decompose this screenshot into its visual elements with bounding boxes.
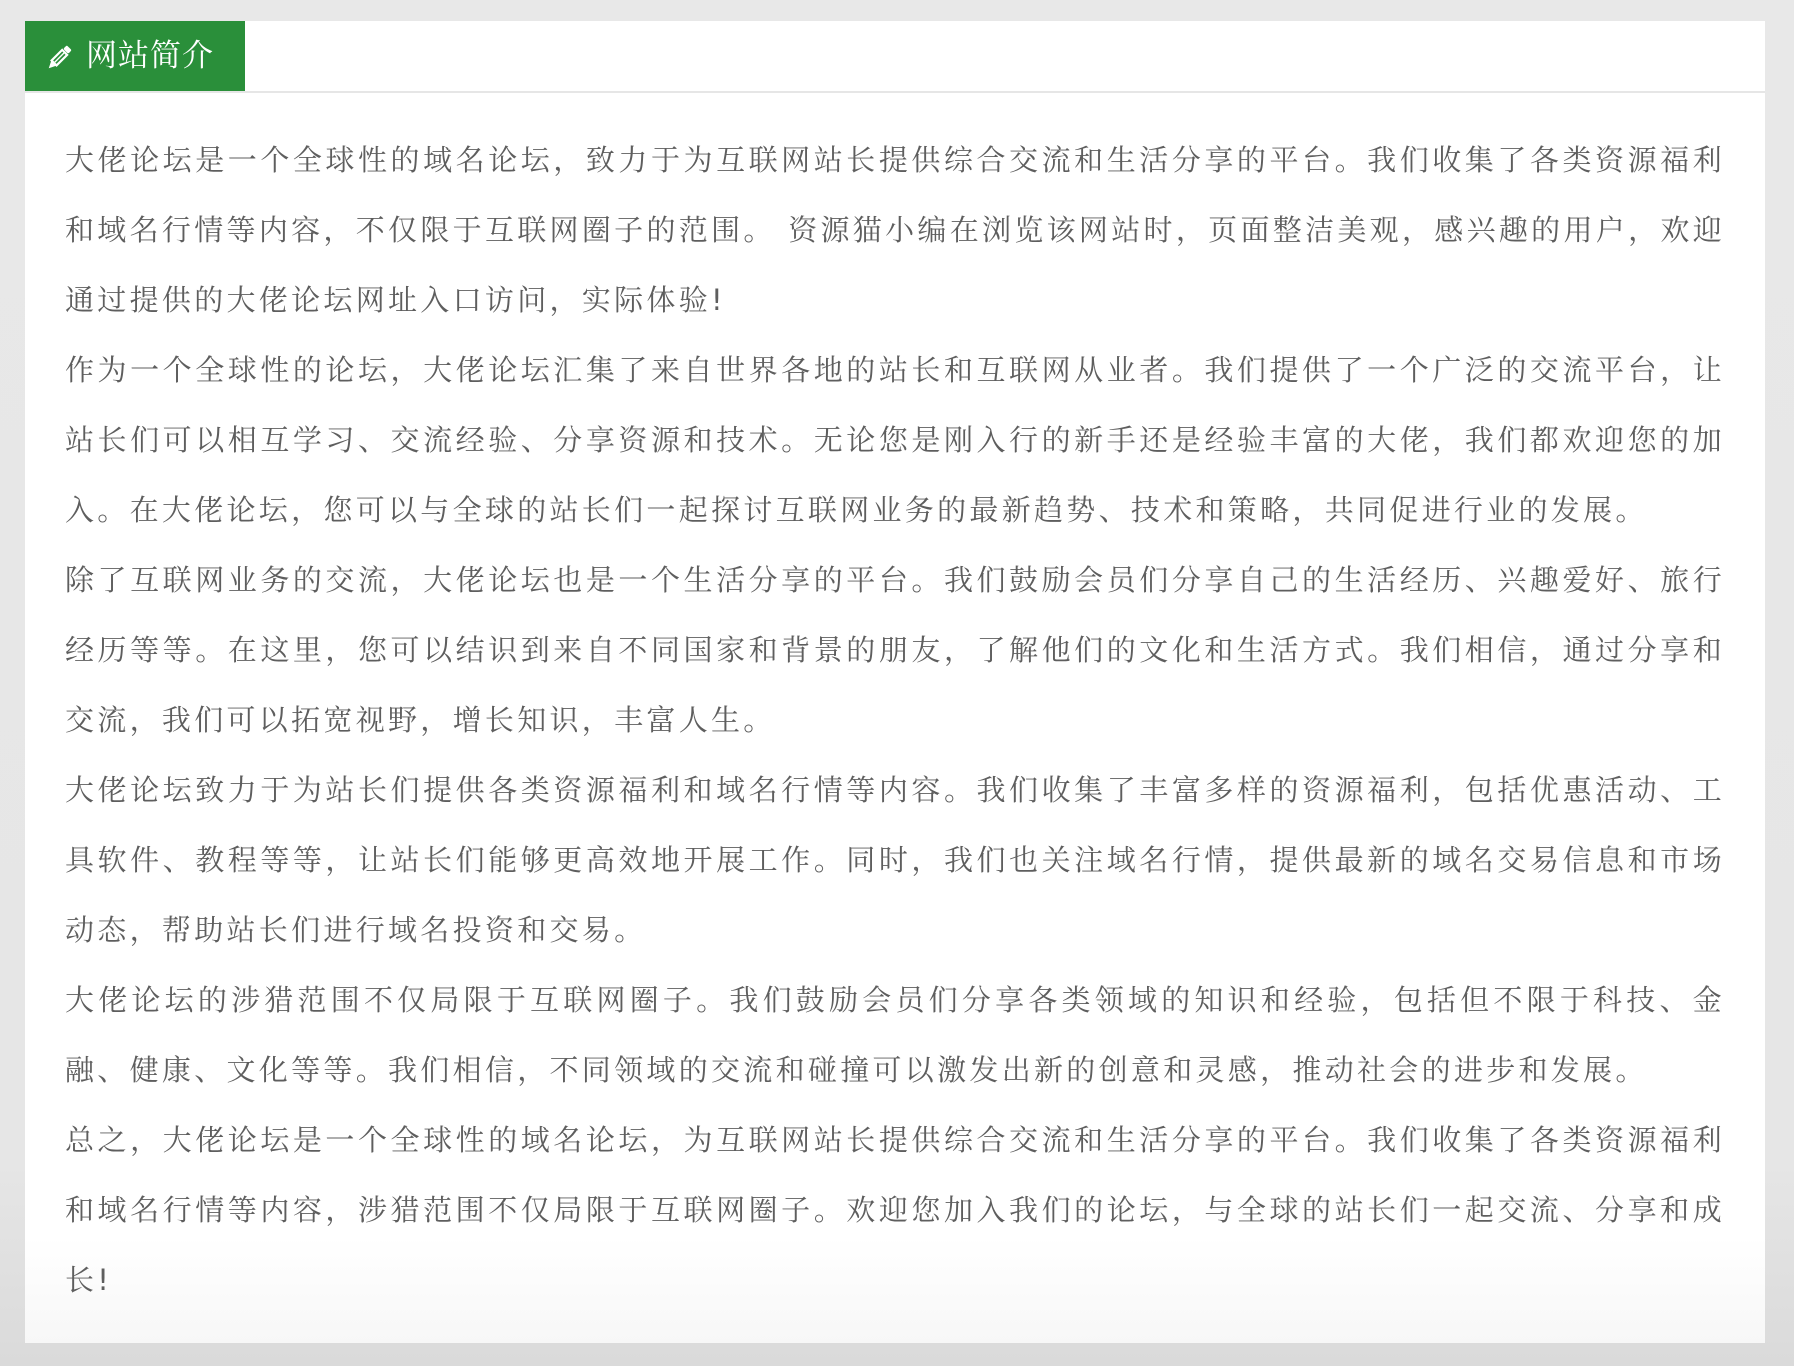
intro-paragraph: 大佬论坛致力于为站长们提供各类资源福利和域名行情等内容。我们收集了丰富多样的资源…	[65, 755, 1725, 965]
intro-paragraph: 总之，大佬论坛是一个全球性的域名论坛，为互联网站长提供综合交流和生活分享的平台。…	[65, 1105, 1725, 1315]
site-intro-card: 网站简介 大佬论坛是一个全球性的域名论坛，致力于为互联网站长提供综合交流和生活分…	[25, 21, 1765, 1343]
intro-paragraph: 大佬论坛的涉猎范围不仅局限于互联网圈子。我们鼓励会员们分享各类领域的知识和经验，…	[65, 965, 1725, 1105]
pencil-icon	[44, 43, 74, 73]
intro-paragraph: 大佬论坛是一个全球性的域名论坛，致力于为互联网站长提供综合交流和生活分享的平台。…	[65, 125, 1725, 335]
intro-paragraph: 除了互联网业务的交流，大佬论坛也是一个生活分享的平台。我们鼓励会员们分享自己的生…	[65, 545, 1725, 755]
intro-paragraph: 作为一个全球性的论坛，大佬论坛汇集了来自世界各地的站长和互联网从业者。我们提供了…	[65, 335, 1725, 545]
intro-content: 大佬论坛是一个全球性的域名论坛，致力于为互联网站长提供综合交流和生活分享的平台。…	[25, 93, 1765, 1315]
card-header: 网站简介	[25, 21, 1765, 93]
section-tab: 网站简介	[25, 21, 245, 91]
section-title: 网站简介	[86, 41, 214, 72]
